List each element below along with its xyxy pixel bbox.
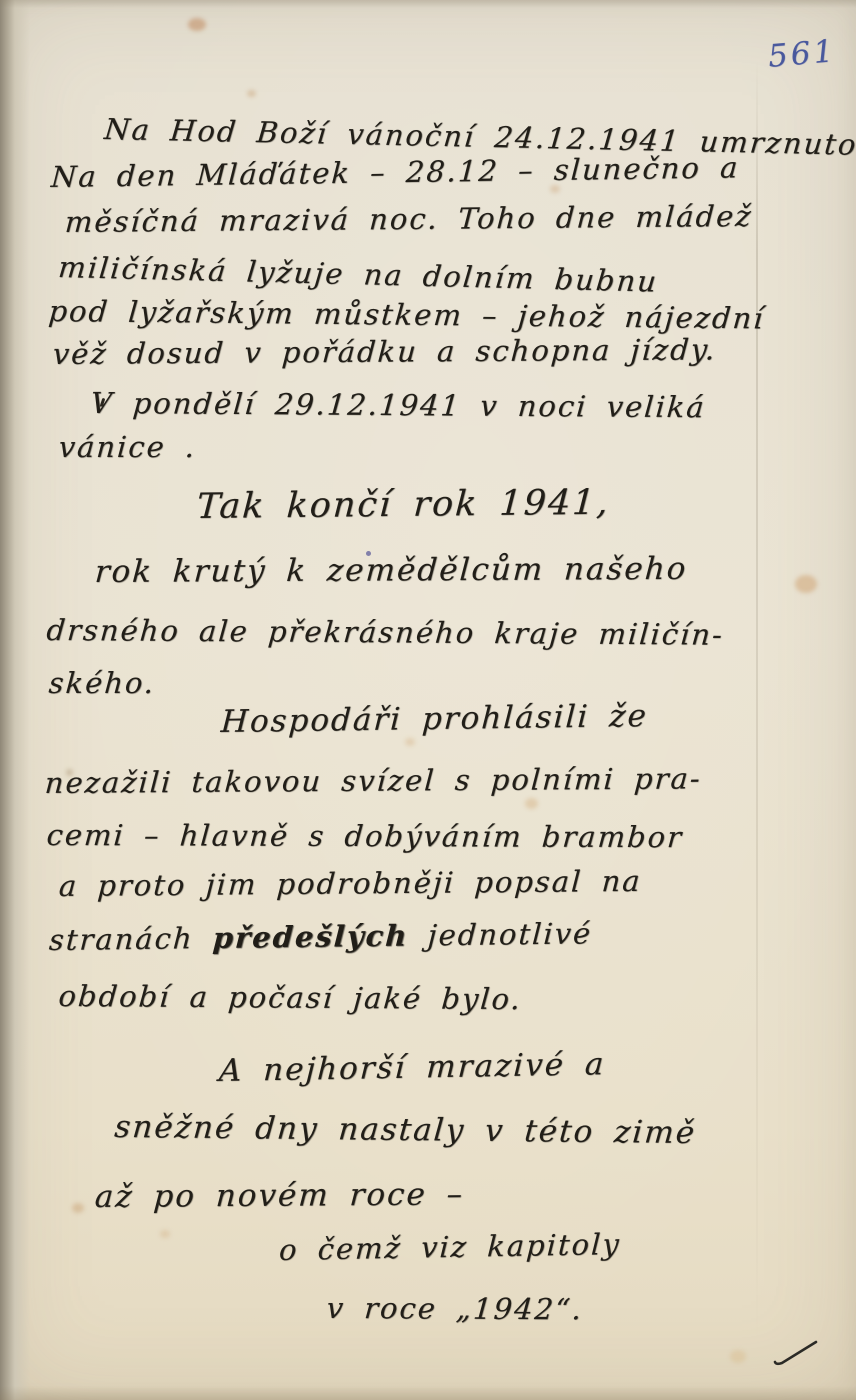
manuscript-line: období a počasí jaké bylo. <box>57 979 523 1016</box>
manuscript-word-emphasized: předešlých <box>212 919 410 955</box>
manuscript-line: nezažili takovou svízel s polními pra- <box>44 761 703 800</box>
manuscript-line: vánice . <box>58 430 198 464</box>
manuscript-page: 561 Na Hod Boží vánoční 24.12.1941 umrzn… <box>0 0 856 1400</box>
manuscript-line-segment: stranách <box>48 921 214 957</box>
paper-stain <box>405 738 415 746</box>
manuscript-line: ského. <box>48 666 157 700</box>
pen-tick-mark <box>772 1338 820 1366</box>
manuscript-line: o čemž viz kapitoly <box>278 1227 621 1267</box>
paper-stain <box>160 1230 170 1238</box>
manuscript-line: cemi – hlavně s dobýváním brambor <box>46 818 685 854</box>
paper-stain <box>247 90 256 97</box>
manuscript-line: rok krutý k zemědělcům našeho <box>94 551 689 590</box>
manuscript-line: miličínská lyžuje na dolním bubnu <box>57 250 660 299</box>
page-edge-top <box>0 0 856 8</box>
page-number: 561 <box>767 33 838 75</box>
binding-gutter-shadow <box>0 0 30 1400</box>
blue-ink-speck <box>366 551 371 556</box>
manuscript-line: V pondělí 29.12.1941 v noci veliká <box>89 386 707 424</box>
manuscript-line: stranách předešlých jednotlivé <box>48 916 593 957</box>
paper-crease <box>756 60 758 1340</box>
manuscript-line: A nejhorší mrazivé a <box>218 1046 606 1089</box>
paper-stain <box>730 1350 746 1363</box>
paper-stain <box>525 798 538 809</box>
manuscript-line: Hospodáři prohlásili že <box>220 698 649 740</box>
paper-stain <box>550 185 560 193</box>
manuscript-line: měsíčná mrazivá noc. Toho dne mládež <box>64 199 754 239</box>
manuscript-line: pod lyžařským můstkem – jehož nájezdní <box>47 294 766 335</box>
manuscript-line: drsného ale překrásného kraje miličín- <box>45 613 725 652</box>
manuscript-line: sněžné dny nastaly v této zimě <box>113 1109 697 1151</box>
paper-stain <box>72 1203 84 1213</box>
manuscript-line: Tak končí rok 1941, <box>196 483 611 527</box>
manuscript-line: věž dosud v pořádku a schopna jízdy. <box>52 332 718 371</box>
paper-stain <box>188 18 206 31</box>
manuscript-line: Na den Mláďátek – 28.12 – slunečno a <box>50 150 740 194</box>
paper-stain <box>795 575 817 593</box>
manuscript-line-segment: jednotlivé <box>407 916 593 952</box>
manuscript-line: a proto jim podrobněji popsal na <box>58 864 643 903</box>
page-edge-bottom <box>0 1386 856 1400</box>
manuscript-line: až po novém roce – <box>94 1176 466 1215</box>
manuscript-line: v roce „1942“. <box>325 1291 584 1326</box>
paper-stain <box>66 769 73 776</box>
